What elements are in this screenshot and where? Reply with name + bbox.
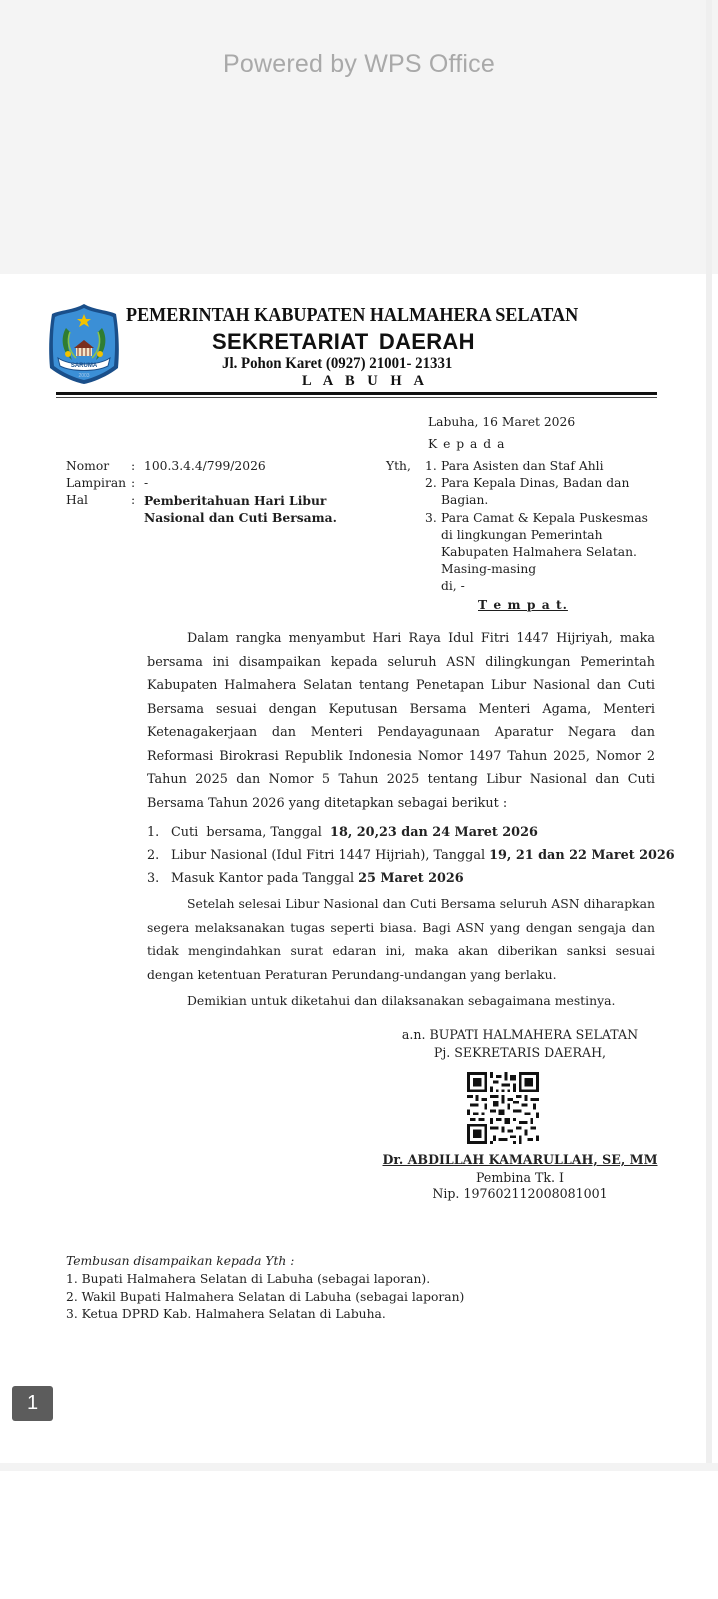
tempat-label: T e m p a t. [478,596,568,613]
tembusan-item-3: 3. Ketua DPRD Kab. Halmahera Selatan di … [66,1307,386,1321]
tembusan-item-2: 2. Wakil Bupati Halmahera Selatan di Lab… [66,1290,464,1304]
recipient-2-line2: Bagian. [441,492,488,509]
lampiran-colon: : [131,475,135,492]
body-paragraph-2-text: Setelah selesai Libur Nasional dan Cuti … [147,892,655,986]
masing-masing: Masing-masing [441,561,536,578]
nomor-label: Nomor [66,458,109,475]
letterhead-divider-thick [56,392,657,395]
list-item-2-num: 2. [147,848,171,863]
signature-position: Pj. SEKRETARIS DAERAH, [370,1045,670,1060]
list-item-3: 3.Masuk Kantor pada Tanggal 25 Maret 202… [147,871,464,886]
recipient-3-line1: Para Camat & Kepala Puskesmas [441,510,648,527]
recipient-2-line1: Para Kepala Dinas, Badan dan [441,475,629,492]
page-number-badge[interactable]: 1 [12,1386,53,1421]
di-label: di, - [441,578,465,595]
body-paragraph-2: Setelah selesai Libur Nasional dan Cuti … [147,892,655,986]
recipient-1: Para Asisten dan Staf Ahli [441,458,604,475]
signature-qr-code [467,1072,539,1144]
watermark-text: Powered by WPS Office [0,50,718,79]
nomor-colon: : [131,458,135,475]
letterhead-city: L A B U H A [302,373,428,390]
list-item-3-num: 3. [147,871,171,886]
tembusan-title: Tembusan disampaikan kepada Yth : [66,1254,294,1268]
hal-value-line2: Nasional dan Cuti Bersama. [144,509,337,526]
signatory-nip: Nip. 197602112008081001 [370,1186,670,1201]
svg-text:2003: 2003 [78,373,89,379]
hal-colon: : [131,492,135,509]
body-paragraph-1-text: Dalam rangka menyambut Hari Raya Idul Fi… [147,627,655,815]
hal-label: Hal [66,492,88,509]
hal-value-line1: Pemberitahuan Hari Libur [144,492,326,509]
recipient-3-line2: di lingkungan Pemerintah [441,527,603,544]
letterhead-address: Jl. Pohon Karet (0927) 21001- 21331 [222,355,452,373]
list-item-2-dates: 19, 21 dan 22 Maret 2026 [489,848,675,863]
viewer-top-area: Powered by WPS Office [0,0,718,274]
recipient-3-line3: Kabupaten Halmahera Selatan. [441,544,637,561]
kepada-label: K e p a d a [428,436,505,453]
nomor-value: 100.3.4.4/799/2026 [144,458,266,475]
signature-on-behalf: a.n. BUPATI HALMAHERA SELATAN [370,1027,670,1042]
list-item-1-text: Cuti bersama, Tanggal [171,825,330,840]
regency-emblem-logo: SARUMA 2003 [46,302,123,386]
list-item-1-num: 1. [147,825,171,840]
recipient-3-num: 3. [425,510,437,527]
list-item-1-dates: 18, 20,23 dan 24 Maret 2026 [330,825,538,840]
recipient-2-num: 2. [425,475,437,492]
place-date: Labuha, 16 Maret 2026 [428,414,575,431]
recipient-1-num: 1. [425,458,437,475]
svg-text:SARUMA: SARUMA [71,363,98,369]
list-item-2-text: Libur Nasional (Idul Fitri 1447 Hijriah)… [171,848,489,863]
list-item-1: 1.Cuti bersama, Tanggal 18, 20,23 dan 24… [147,825,538,840]
letterhead-divider-thin [56,397,657,398]
letterhead-office: SEKRETARIAT DAERAH [212,329,475,355]
page-separator [0,1463,718,1471]
tembusan-item-1: 1. Bupati Halmahera Selatan di Labuha (s… [66,1272,430,1286]
letterhead-government: PEMERINTAH KABUPATEN HALMAHERA SELATAN [126,305,578,327]
lampiran-label: Lampiran [66,475,126,492]
scrollbar-track[interactable] [706,0,712,1463]
signatory-rank: Pembina Tk. I [370,1170,670,1185]
list-item-3-dates: 25 Maret 2026 [358,871,464,886]
body-paragraph-1: Dalam rangka menyambut Hari Raya Idul Fi… [147,627,655,815]
list-item-3-text: Masuk Kantor pada Tanggal [171,871,358,886]
list-item-2: 2.Libur Nasional (Idul Fitri 1447 Hijria… [147,848,675,863]
closing-sentence: Demikian untuk diketahui dan dilaksanaka… [187,993,615,1008]
lampiran-value: - [144,475,148,492]
yth-label: Yth, [386,458,411,475]
signatory-name: Dr. ABDILLAH KAMARULLAH, SE, MM [370,1152,670,1167]
